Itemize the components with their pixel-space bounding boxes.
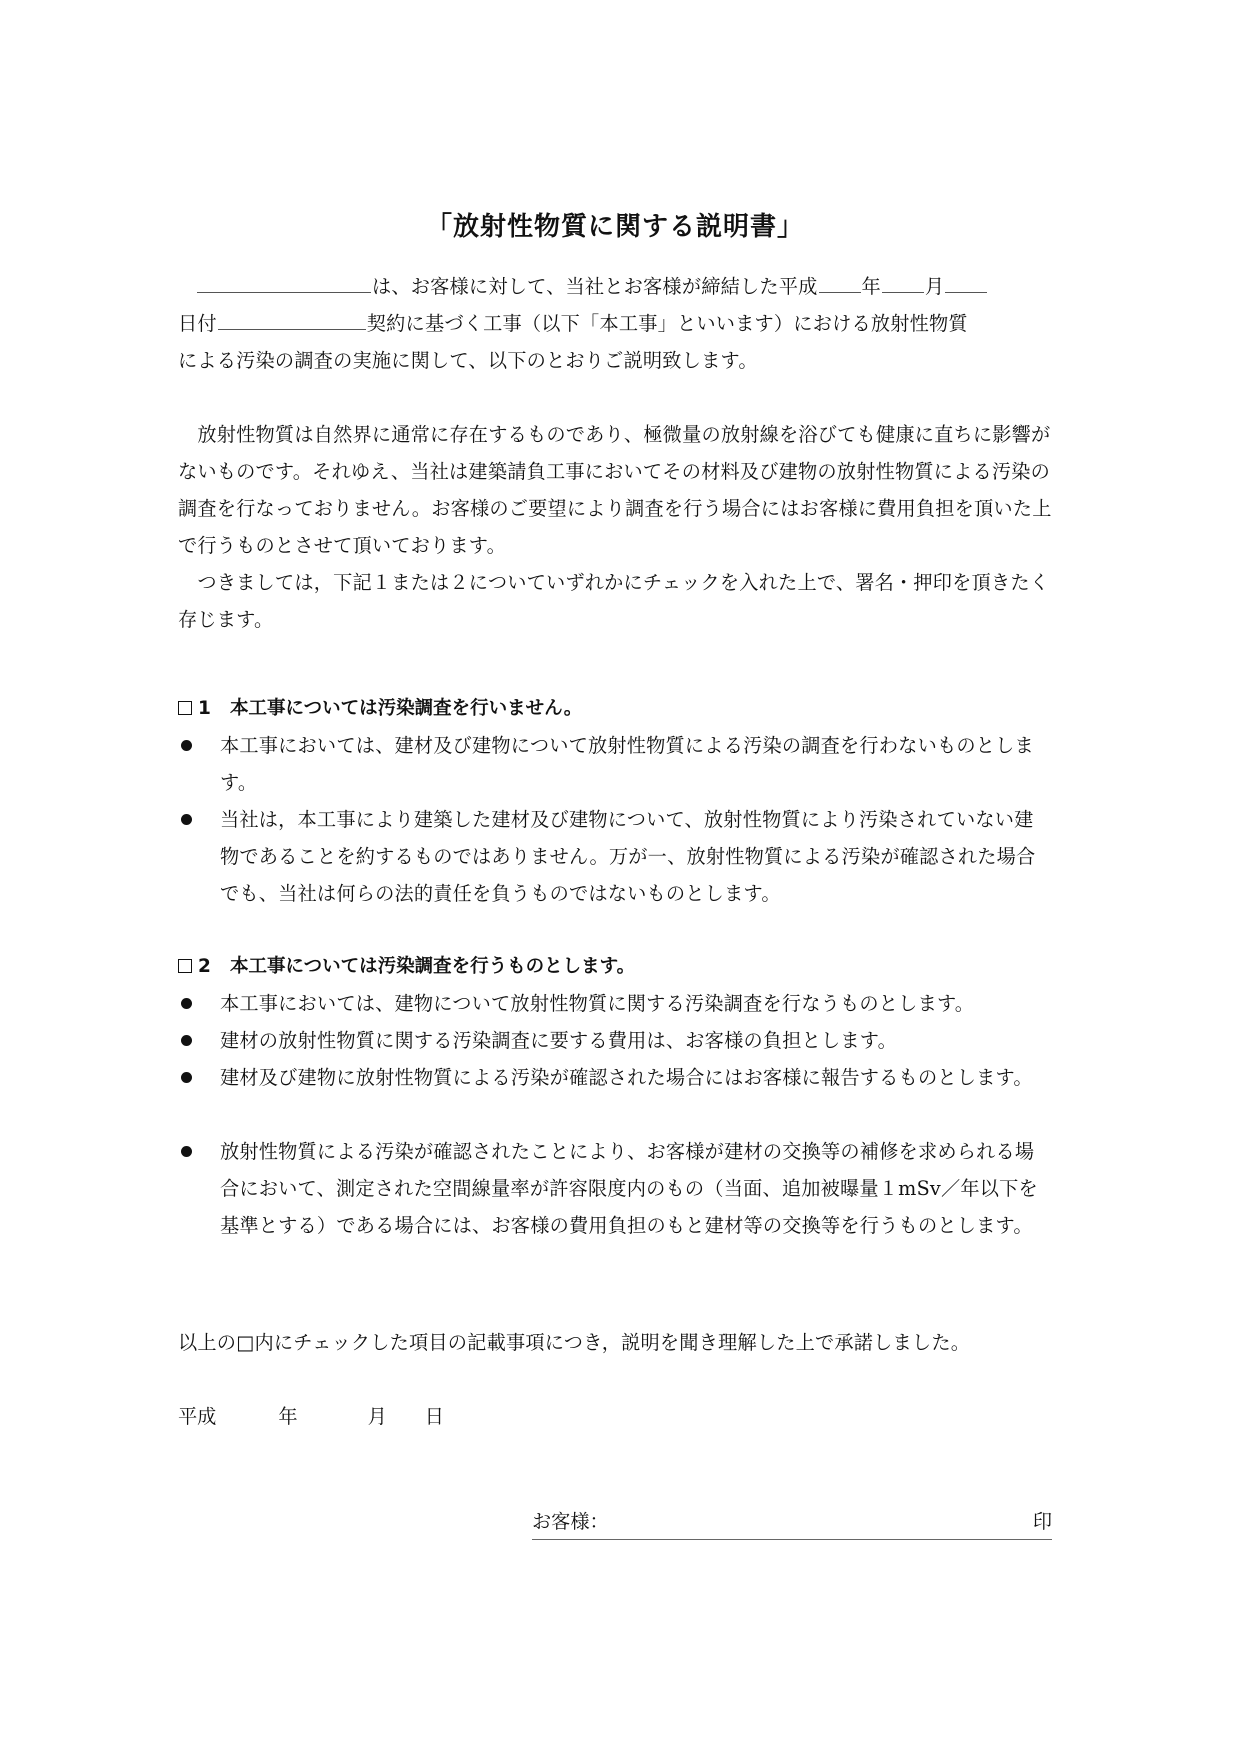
- option-2-bullet-2: 建材の放射性物質に関する汚染調査に要する費用は、お客様の負担とします。: [178, 1022, 1052, 1059]
- contract-type-blank[interactable]: [218, 310, 366, 330]
- option-2-checkbox[interactable]: [178, 959, 192, 973]
- option-2-bullet-1: 本工事においては、建物について放射性物質に関する汚染調査を行なうものとします。: [178, 985, 1052, 1022]
- explanation-paragraph-1: 放射性物質は自然界に通常に存在するものであり、極微量の放射線を浴びても健康に直ち…: [178, 416, 1052, 564]
- option-2-heading: 2本工事については汚染調査を行うものとします。: [178, 948, 1052, 985]
- option-2-bullet-3: 建材及び建物に放射性物質による汚染が確認された場合にはお客様に報告するものとしま…: [178, 1059, 1052, 1096]
- explanation-paragraph-2: つきましては，下記１または２についていずれかにチェックを入れた上で、署名・押印を…: [178, 564, 1052, 638]
- contract-month-blank[interactable]: [882, 273, 924, 293]
- intro-line-3: による汚染の調査の実施に関して、以下のとおりご説明致します。: [178, 342, 1052, 379]
- acknowledgement-text: 以上の□内にチェックした項目の記載事項につき，説明を聞き理解した上で承諾しました…: [178, 1324, 1052, 1361]
- bullet-icon: [181, 998, 192, 1009]
- bullet-icon: [181, 1072, 192, 1083]
- intro-paragraph: は、お客様に対して、当社とお客様が締結した平成年月 日付契約に基づく工事（以下「…: [178, 268, 1052, 379]
- contract-day-blank[interactable]: [945, 273, 987, 293]
- intro-line-2: 日付契約に基づく工事（以下「本工事」といいます）における放射性物質: [178, 305, 1052, 342]
- contract-year-blank[interactable]: [819, 273, 861, 293]
- bullet-icon: [181, 1035, 192, 1046]
- intro-line-1: は、お客様に対して、当社とお客様が締結した平成年月: [178, 268, 1052, 305]
- customer-signature-field[interactable]: お客様： 印: [532, 1505, 1052, 1540]
- bullet-icon: [181, 740, 192, 751]
- option-1-bullet-1: 本工事においては、建材及び建物について放射性物質による汚染の調査を行わないものと…: [178, 727, 1052, 801]
- bullet-icon: [181, 814, 192, 825]
- company-name-blank[interactable]: [197, 273, 371, 293]
- option-1-heading: 1本工事については汚染調査を行いません。: [178, 690, 1052, 727]
- bullet-icon: [181, 1146, 192, 1157]
- option-1-bullet-2: 当社は，本工事により建築した建材及び建物について、放射性物質により汚染されていな…: [178, 801, 1052, 912]
- document-title: 「放射性物質に関する説明書」: [178, 206, 1052, 243]
- seal-mark: 印: [1033, 1505, 1052, 1539]
- option-1-checkbox[interactable]: [178, 701, 192, 715]
- customer-label: お客様：: [532, 1505, 609, 1539]
- signature-date: 平成年月日: [178, 1398, 444, 1435]
- option-2-bullet-4: 放射性物質による汚染が確認されたことにより、お客様が建材の交換等の補修を求められ…: [178, 1133, 1052, 1244]
